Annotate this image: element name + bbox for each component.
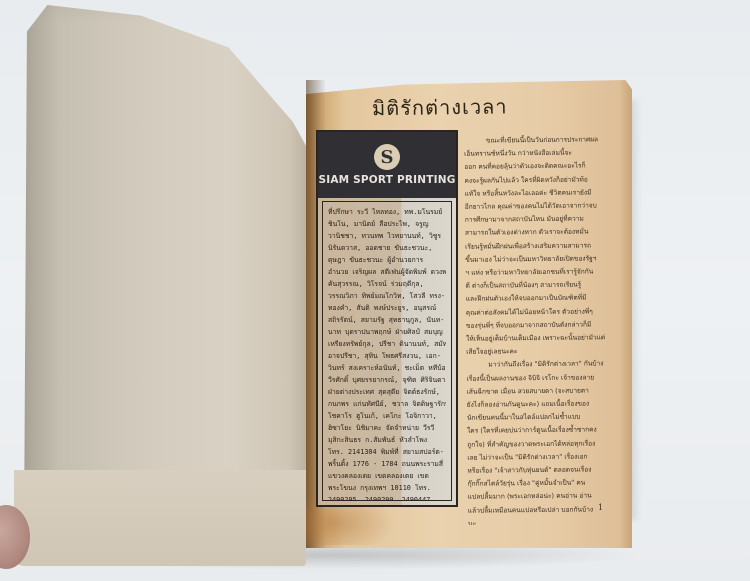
credit-line: แขวงคลองเตย เขตคลองเตย เขต bbox=[328, 470, 446, 482]
text-line: ขณะที่เขียนนี้เป็นวันก่อนการประกาศผล bbox=[464, 133, 612, 148]
text-line: เรื่องนี้เป็นผลงานของ จิบิจิ เรโกะ เจ้าข… bbox=[466, 371, 614, 386]
credit-line: ที่ปรึกษา ระวี ไหลทอง, ทพ.มโนรมย์ bbox=[328, 206, 446, 218]
credits-text: ที่ปรึกษา ระวี ไหลทอง, ทพ.มโนรมย์ ชินโน,… bbox=[322, 201, 452, 501]
credit-line: กนกพร แก่นทัศนีย์, ชวาล จิตดิษฐารักษ์ bbox=[328, 398, 446, 410]
credit-line: โชคาโร ฮูโนเก้, เคโกะ โอจิกาวา, bbox=[328, 410, 446, 422]
credit-line: ดุษฎา ขันธะชวนะ ผู้อำนวยการ bbox=[328, 254, 446, 266]
credit-line: วินทร์ สงเคราะห์อนันท์, ชะเม็ต หทีบ้อย, bbox=[328, 362, 446, 374]
credit-line: เหรียงทรัพย์กุล, ปรีชา ดินานนท์, สมัทธิ์ bbox=[328, 338, 446, 350]
credit-line: มุสิกะสินธร ก.สัมพันธ์ หัวลำโพง bbox=[328, 434, 446, 446]
text-line: ใคร (ใครที่เคยบ่นว่าการ์ตูนเนื้อเรื่องซ้… bbox=[467, 424, 615, 439]
credit-line: สถิรรัตน์, สยามรัฐ สุทธานุกูล, นันท- bbox=[328, 314, 446, 326]
credit-line: ฝ่ายต่างประเทศ สุดสุดีย จิตต์ธงรักษ์, bbox=[328, 386, 446, 398]
credit-line: วานิชชา, ทวนทพ ไวทยานนท์, วิชูร bbox=[328, 230, 446, 242]
credit-line: ฮิซาโยะ นิชิมาคะ จัดจำหน่าย วีรวี bbox=[328, 422, 446, 434]
credit-line: ชินโน, มานิตย์ ลือประไพ, จรูญ bbox=[328, 218, 446, 230]
credit-line: พริ้นติ้ง 1776 - 1784 ถนนพระรามสี่ bbox=[328, 458, 446, 470]
credit-line: นาท บุตราปนาพฤกษ์ ฝ่ายศิลป์ สมบุญ bbox=[328, 326, 446, 338]
credit-line: วรรณวิภา ทิพย์มณโกวิท, โสวลี ทรง- bbox=[328, 290, 446, 302]
credit-line: คันสุวรรณ, วิโรจน์ ร่วมฤดีกุล, bbox=[328, 278, 446, 290]
credit-line: นิรันดวาส, ออดชาย ขันธะชวนะ, bbox=[328, 242, 446, 254]
book-cover-lower bbox=[14, 470, 306, 566]
editorial-text: ขณะที่เขียนนี้เป็นวันก่อนการประกาศผล เอ็… bbox=[464, 133, 616, 525]
siam-sport-banner: S SIAM SPORT PRINTING bbox=[318, 132, 456, 198]
page-title: มิติรักต่างเวลา bbox=[372, 90, 552, 125]
text-line: ฯ แห่ง หรือว่ามหาวิทยาลัยเอกชนที่เรารู้จ… bbox=[465, 265, 613, 280]
book-cover-page bbox=[24, 5, 316, 535]
text-line: เรียนรู้หมั่นฝึกฝนเพื่อสร้างเสริมความสาม… bbox=[465, 239, 613, 254]
credit-line: อาจปรีชา, สุทิน โพธศรีสงวน, เอก- bbox=[328, 350, 446, 362]
text-line: ถูกใจ) ที่สำคัญของวาดพระเอกได้หล่อทุกเรื… bbox=[467, 437, 615, 452]
text-line: อีกยาวไกล คุณค่าของคนไม่ได้วัดเอาจากว่าจ… bbox=[465, 199, 613, 214]
credit-line: วีรศักดิ์ บุศยรรยากรณ์, จุฑิต ศิริจินดา bbox=[328, 374, 446, 386]
credit-line: อำนวย เจริญผล สตีเฟ่นผู้จัดพิมพ์ ดวงพร bbox=[328, 266, 446, 278]
credit-line: โทร. 2141304 พิมพ์ที่ สยามสปอร์ต- bbox=[328, 446, 446, 458]
page-number: 1 bbox=[598, 503, 603, 512]
text-line: ให้เห็นอยู่เต็มบ้านเต็มเมือง เพราะฉะนั้น… bbox=[466, 331, 614, 346]
credit-line: 2490295, 2490299, 2490447, bbox=[328, 494, 446, 501]
text-line: มาว่ากันถึงเรื่อง "มิติรักต่างเวลา" กันบ… bbox=[466, 358, 614, 373]
credit-line: พระโขนง กรุงเทพฯ 10110 โทร. bbox=[328, 482, 446, 494]
text-line: คุณค่าต่อสังคมได้ไม่น้อยหน้าใคร ตัวอย่าง… bbox=[466, 305, 614, 320]
photo-scene: มิติรักต่างเวลา S SIAM SPORT PRINTING ที… bbox=[0, 0, 750, 581]
brand-name: SIAM SPORT PRINTING bbox=[318, 174, 455, 186]
printer-credits-box: S SIAM SPORT PRINTING ที่ปรึกษา ระวี ไหล… bbox=[316, 130, 458, 507]
credit-line: ทองคำ, สันติ พงษ์ประยูร, อนุสรณ์ bbox=[328, 302, 446, 314]
siam-sport-logo-icon: S bbox=[374, 144, 400, 170]
